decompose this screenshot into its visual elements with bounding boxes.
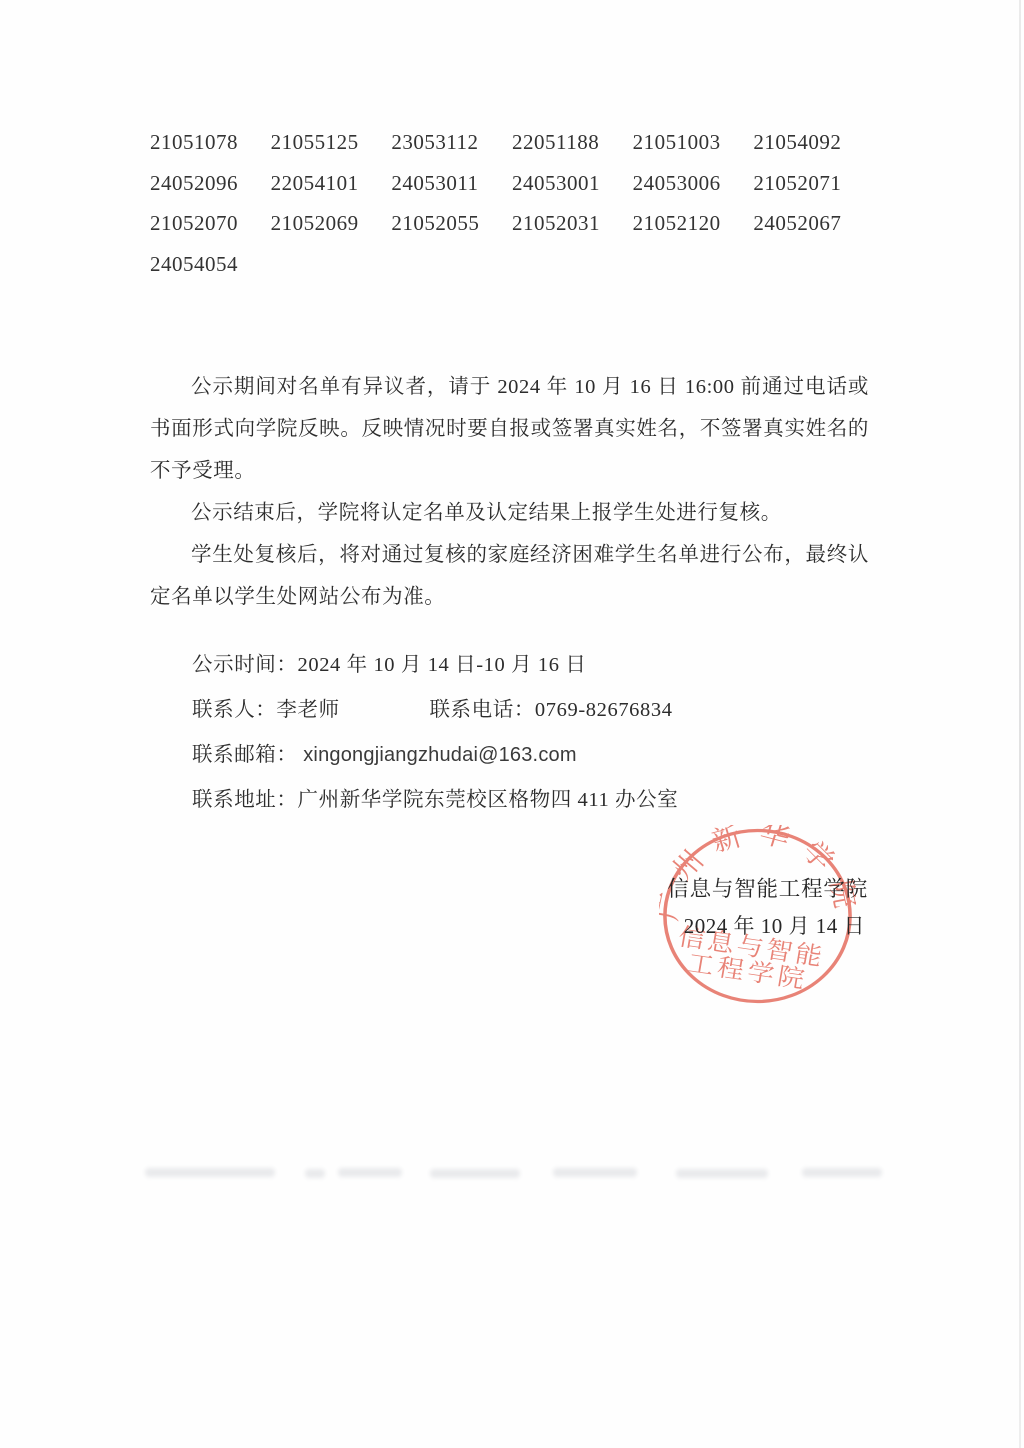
student-id: 21052031 [512, 211, 633, 252]
student-id: 21054092 [753, 130, 874, 171]
paragraph-review: 公示结束后，学院将认定名单及认定结果上报学生处进行复核。 [150, 492, 869, 534]
paragraph-objection: 公示期间对名单有异议者，请于 2024 年 10 月 16 日 16:00 前通… [150, 366, 869, 492]
paragraph-final-list: 学生处复核后，将对通过复核的家庭经济困难学生名单进行公布，最终认定名单以学生处网… [150, 534, 869, 618]
student-id: 24053011 [391, 171, 512, 212]
student-id: 21051003 [633, 130, 754, 171]
contact-address: 联系地址：广州新华学院东莞校区格物四 411 办公室 [150, 787, 890, 814]
student-id-grid: 2105107821055125230531122205118821051003… [150, 130, 874, 292]
student-id: 21051078 [150, 130, 271, 171]
student-id: 21052070 [150, 211, 271, 252]
bleed-artifact [430, 1169, 520, 1178]
student-id: 24053001 [512, 171, 633, 212]
bleed-artifact [338, 1168, 402, 1177]
student-id: 24052096 [150, 171, 271, 212]
student-id: 21055125 [271, 130, 392, 171]
contact-email-value: xingongjiangzhudai@163.com [303, 744, 576, 766]
scan-edge-artifact [1019, 0, 1021, 1448]
bleed-artifact [553, 1168, 637, 1177]
bleed-artifact [145, 1168, 275, 1177]
student-id: 21052055 [391, 211, 512, 252]
contact-email-label: 联系邮箱： [192, 744, 298, 766]
bleed-artifact [802, 1168, 882, 1177]
contact-block: 公示时间：2024 年 10 月 14 日-10 月 16 日 联系人：李老师 … [150, 652, 890, 832]
student-id: 24054054 [150, 252, 271, 293]
student-id: 24053006 [633, 171, 754, 212]
student-id: 21052069 [271, 211, 392, 252]
contact-email-line: 联系邮箱： xingongjiangzhudai@163.com [150, 742, 890, 769]
publicity-period: 公示时间：2024 年 10 月 14 日-10 月 16 日 [150, 652, 890, 679]
signature-date: 2024 年 10 月 14 日 [684, 910, 865, 940]
bleed-artifact [305, 1169, 325, 1178]
student-id: 22054101 [271, 171, 392, 212]
signature-department: 信息与智能工程学院 [667, 872, 868, 903]
contact-person: 联系人：李老师 [192, 699, 340, 721]
seal-inner-text-line2: 工程学院 [685, 949, 810, 994]
bleed-artifact [676, 1169, 768, 1178]
student-id: 21052120 [633, 211, 754, 252]
contact-phone: 联系电话：0769-82676834 [429, 699, 672, 721]
student-id: 24052067 [753, 211, 874, 252]
notice-body: 公示期间对名单有异议者，请于 2024 年 10 月 16 日 16:00 前通… [150, 366, 869, 618]
contact-person-phone-line: 联系人：李老师 联系电话：0769-82676834 [150, 697, 890, 724]
student-id: 23053112 [391, 130, 512, 171]
student-id: 21052071 [753, 171, 874, 212]
student-id: 22051188 [512, 130, 633, 171]
scanned-document-page: 2105107821055125230531122205118821051003… [0, 0, 1024, 1448]
